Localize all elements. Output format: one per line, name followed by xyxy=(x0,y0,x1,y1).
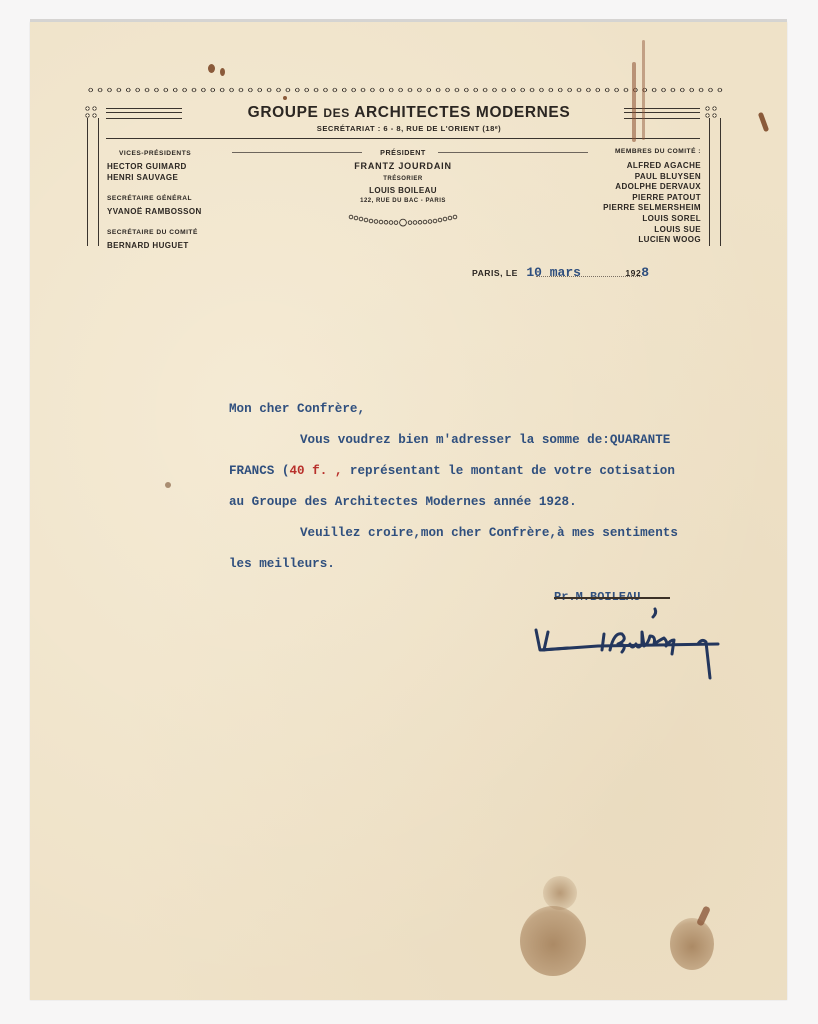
member-name: LUCIEN WOOG xyxy=(603,235,701,246)
water-stain xyxy=(543,876,577,910)
date-year-suffix: 8 xyxy=(641,265,649,280)
role-treasurer: TRÉSORIER xyxy=(300,176,506,182)
frame-left-outer xyxy=(87,118,88,246)
role-committee-members: MEMBRES DU COMITÉ : xyxy=(603,148,701,155)
role-committee-secretary: SECRÉTAIRE DU COMITÉ xyxy=(107,229,198,236)
date-label: PARIS, LE xyxy=(472,268,518,278)
member-name: PIERRE PATOUT xyxy=(603,193,701,204)
ink-speck xyxy=(208,64,215,73)
member-name: LOUIS SOREL xyxy=(603,214,701,225)
ink-speck xyxy=(283,96,287,100)
member-name: ADOLPHE DERVAUX xyxy=(603,182,701,193)
role-secretary-general: SECRÉTAIRE GÉNÉRAL xyxy=(107,195,192,202)
handwritten-signature-icon xyxy=(528,606,738,686)
role-president: PRÉSIDENT xyxy=(300,148,506,157)
title-word-des: DES xyxy=(323,106,349,120)
body-line-3: au Groupe des Architectes Modernes année… xyxy=(229,495,577,509)
date-dotted-line xyxy=(536,276,642,277)
water-stain xyxy=(670,918,714,970)
body-line-4: Veuillez croire,mon cher Confrère,à mes … xyxy=(300,526,678,540)
rust-streak xyxy=(632,62,636,142)
body-line-1: Vous voudrez bien m'adresser la somme de… xyxy=(300,433,670,447)
ink-speck xyxy=(220,68,225,76)
letterhead-divider xyxy=(106,138,700,139)
title-words-architectes: ARCHITECTES MODERNES xyxy=(354,104,570,121)
speck xyxy=(165,482,171,488)
body-line-2-end: représentant le montant de votre cotisat… xyxy=(342,464,675,478)
officers-center-column: PRÉSIDENT FRANTZ JOURDAIN TRÉSORIER LOUI… xyxy=(300,148,506,235)
title-word-groupe: GROUPE xyxy=(248,104,319,121)
frame-left-inner xyxy=(98,118,99,246)
president-name: FRANTZ JOURDAIN xyxy=(300,161,506,171)
member-name: PAUL BLUYSEN xyxy=(603,172,701,183)
officer-name: HENRI SAUVAGE xyxy=(107,173,178,182)
rust-streak xyxy=(642,40,645,140)
body-line-2: FRANCS (40 f. , représentant le montant … xyxy=(229,464,675,478)
frame-right-inner xyxy=(709,118,710,246)
date-line: PARIS, LE 10 mars 1928 xyxy=(472,263,649,281)
officer-name: HECTOR GUIMARD xyxy=(107,162,187,171)
body-line-2-start: FRANCS ( xyxy=(229,464,289,478)
role-vice-presidents: VICES-PRÉSIDENTS xyxy=(119,150,191,157)
letterhead-dot-border xyxy=(86,86,726,94)
salutation: Mon cher Confrère, xyxy=(229,402,365,416)
member-name: ALFRED AGACHE xyxy=(603,161,701,172)
frame-right-outer xyxy=(720,118,721,246)
chain-ornament-icon xyxy=(348,214,458,230)
water-stain xyxy=(520,906,586,976)
org-title: GROUPE DES ARCHITECTES MODERNES xyxy=(0,104,818,122)
member-name: PIERRE SELMERSHEIM xyxy=(603,203,701,214)
body-line-5: les meilleurs. xyxy=(229,557,335,571)
officer-name: YVANOË RAMBOSSON xyxy=(107,207,202,216)
secretariat-address: SECRÉTARIAT : 6 - 8, RUE DE L'ORIENT (18… xyxy=(0,124,818,133)
member-name: LOUIS SUE xyxy=(603,225,701,236)
treasurer-address: 122, RUE DU BAC - PARIS xyxy=(300,198,506,204)
committee-members-column: MEMBRES DU COMITÉ : ALFRED AGACHE PAUL B… xyxy=(603,148,701,246)
officer-name: BERNARD HUGUET xyxy=(107,241,189,250)
amount-red: 40 f. , xyxy=(289,464,342,478)
date-day-month: 10 mars xyxy=(526,265,581,280)
treasurer-name: LOUIS BOILEAU xyxy=(300,186,506,195)
strike-through-line xyxy=(554,597,670,599)
